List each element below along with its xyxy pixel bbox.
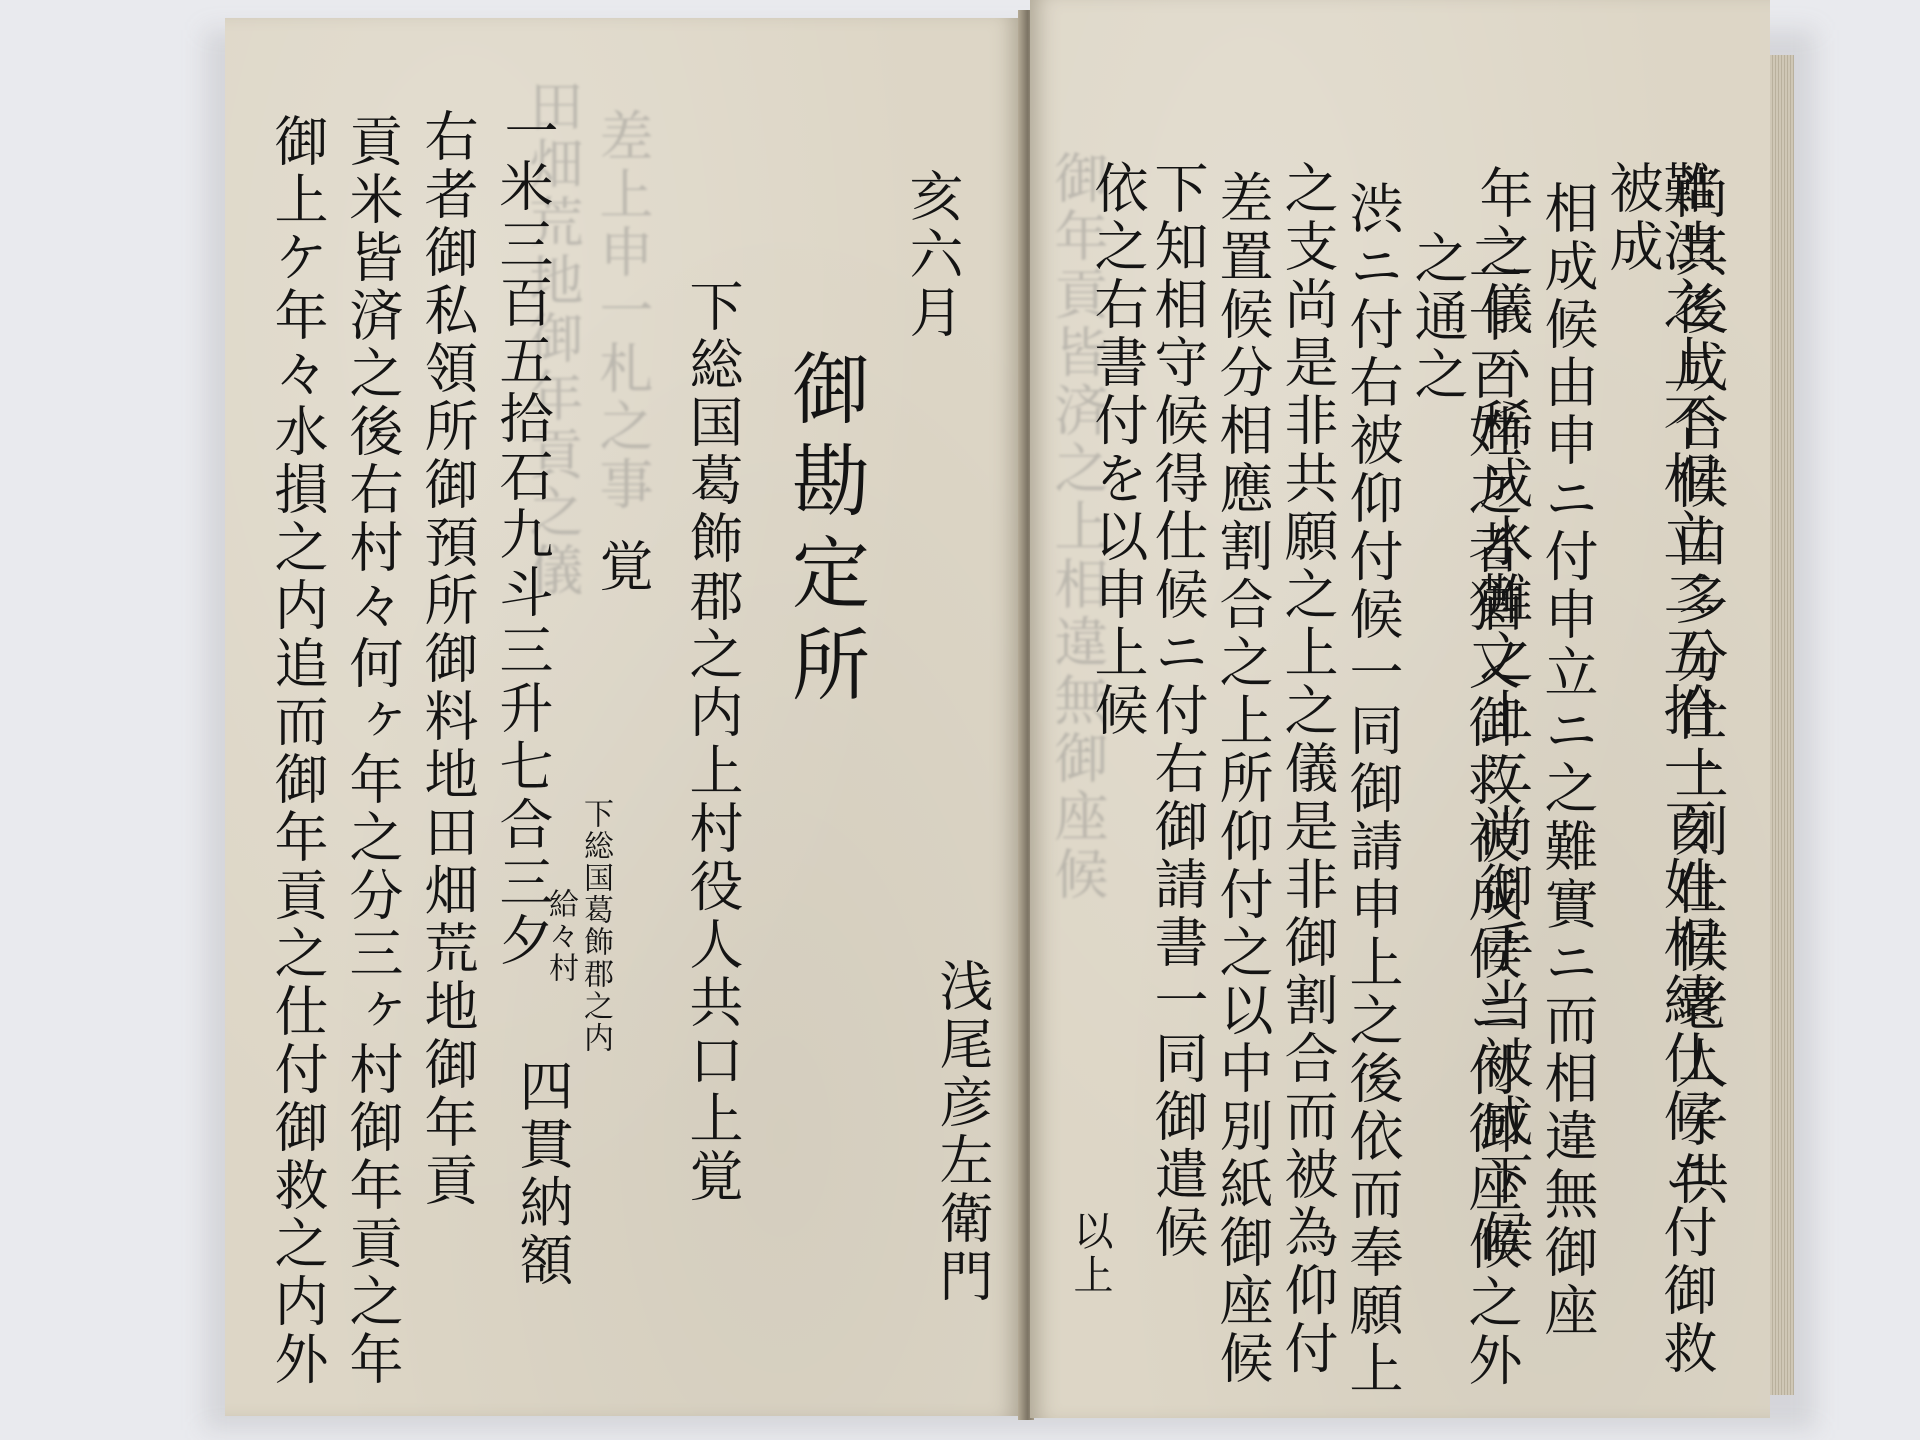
- text-column: 相成候由申ニ付申立ニ之難實ニ而相違無御座: [1540, 180, 1594, 1340]
- text-column: 渋ニ付右被仰付候一同御請申上之後依而奉願上: [1345, 180, 1399, 1398]
- text-column: 之支尚是非共願之上之儀是非御割合而被為仰付: [1280, 160, 1334, 1378]
- address-line: 下総国葛飾郡之内上村役人共口上覚: [685, 278, 739, 1206]
- right-page: 御年貢皆済之上相違無御座候 尚其後成合候由多分仕上刻仕候老人子供 難渋之上不相立…: [1030, 0, 1770, 1418]
- bleed-through-text: 差上申一札之事: [595, 108, 649, 514]
- body-column: 貢米皆済之後右村々何ヶ年之分三ヶ村御年貢之年: [345, 113, 399, 1389]
- text-column: 下知相守候得仕候ニ付右御請書一同御遣候: [1150, 160, 1204, 1262]
- document-title: 御勘定所: [785, 348, 863, 716]
- text-column: 二十百姓之者猶又御救被成候ニ付御座候之外之通之: [1410, 230, 1518, 1418]
- note-small: 下総国葛飾郡之内: [580, 798, 610, 1054]
- book-page-edges: [1770, 55, 1794, 1395]
- closing-word: 以上: [1070, 1210, 1110, 1298]
- signature: 浅尾彦左衛門: [935, 958, 989, 1306]
- note-right: 四貫納額: [515, 1058, 569, 1290]
- date-line: 亥六月: [905, 168, 959, 342]
- addressee: 覚: [595, 538, 649, 596]
- item-mark: 一: [500, 103, 554, 161]
- left-page: 田畑荒地御年貢之儀 差上申一札之事 亥六月 御勘定所 下総国葛飾郡之内上村役人共…: [225, 18, 1020, 1416]
- body-column: 右者御私領所御預所御料地田畑荒地御年貢: [420, 108, 474, 1210]
- text-column: 依之右書付を以申上候: [1090, 160, 1144, 740]
- item-line: 米三百五拾石九斗三升七合三夕: [495, 158, 549, 970]
- text-column: 難渋之上不相立二五拾一百姓相續仕候ニ付御救被成: [1605, 160, 1713, 1418]
- text-column: 差置候分相應割合之上所仰付之以中別紙御座候: [1215, 170, 1269, 1388]
- body-column: 御上ケ年々水損之内追而御年貢之仕付御救之内外: [270, 113, 324, 1389]
